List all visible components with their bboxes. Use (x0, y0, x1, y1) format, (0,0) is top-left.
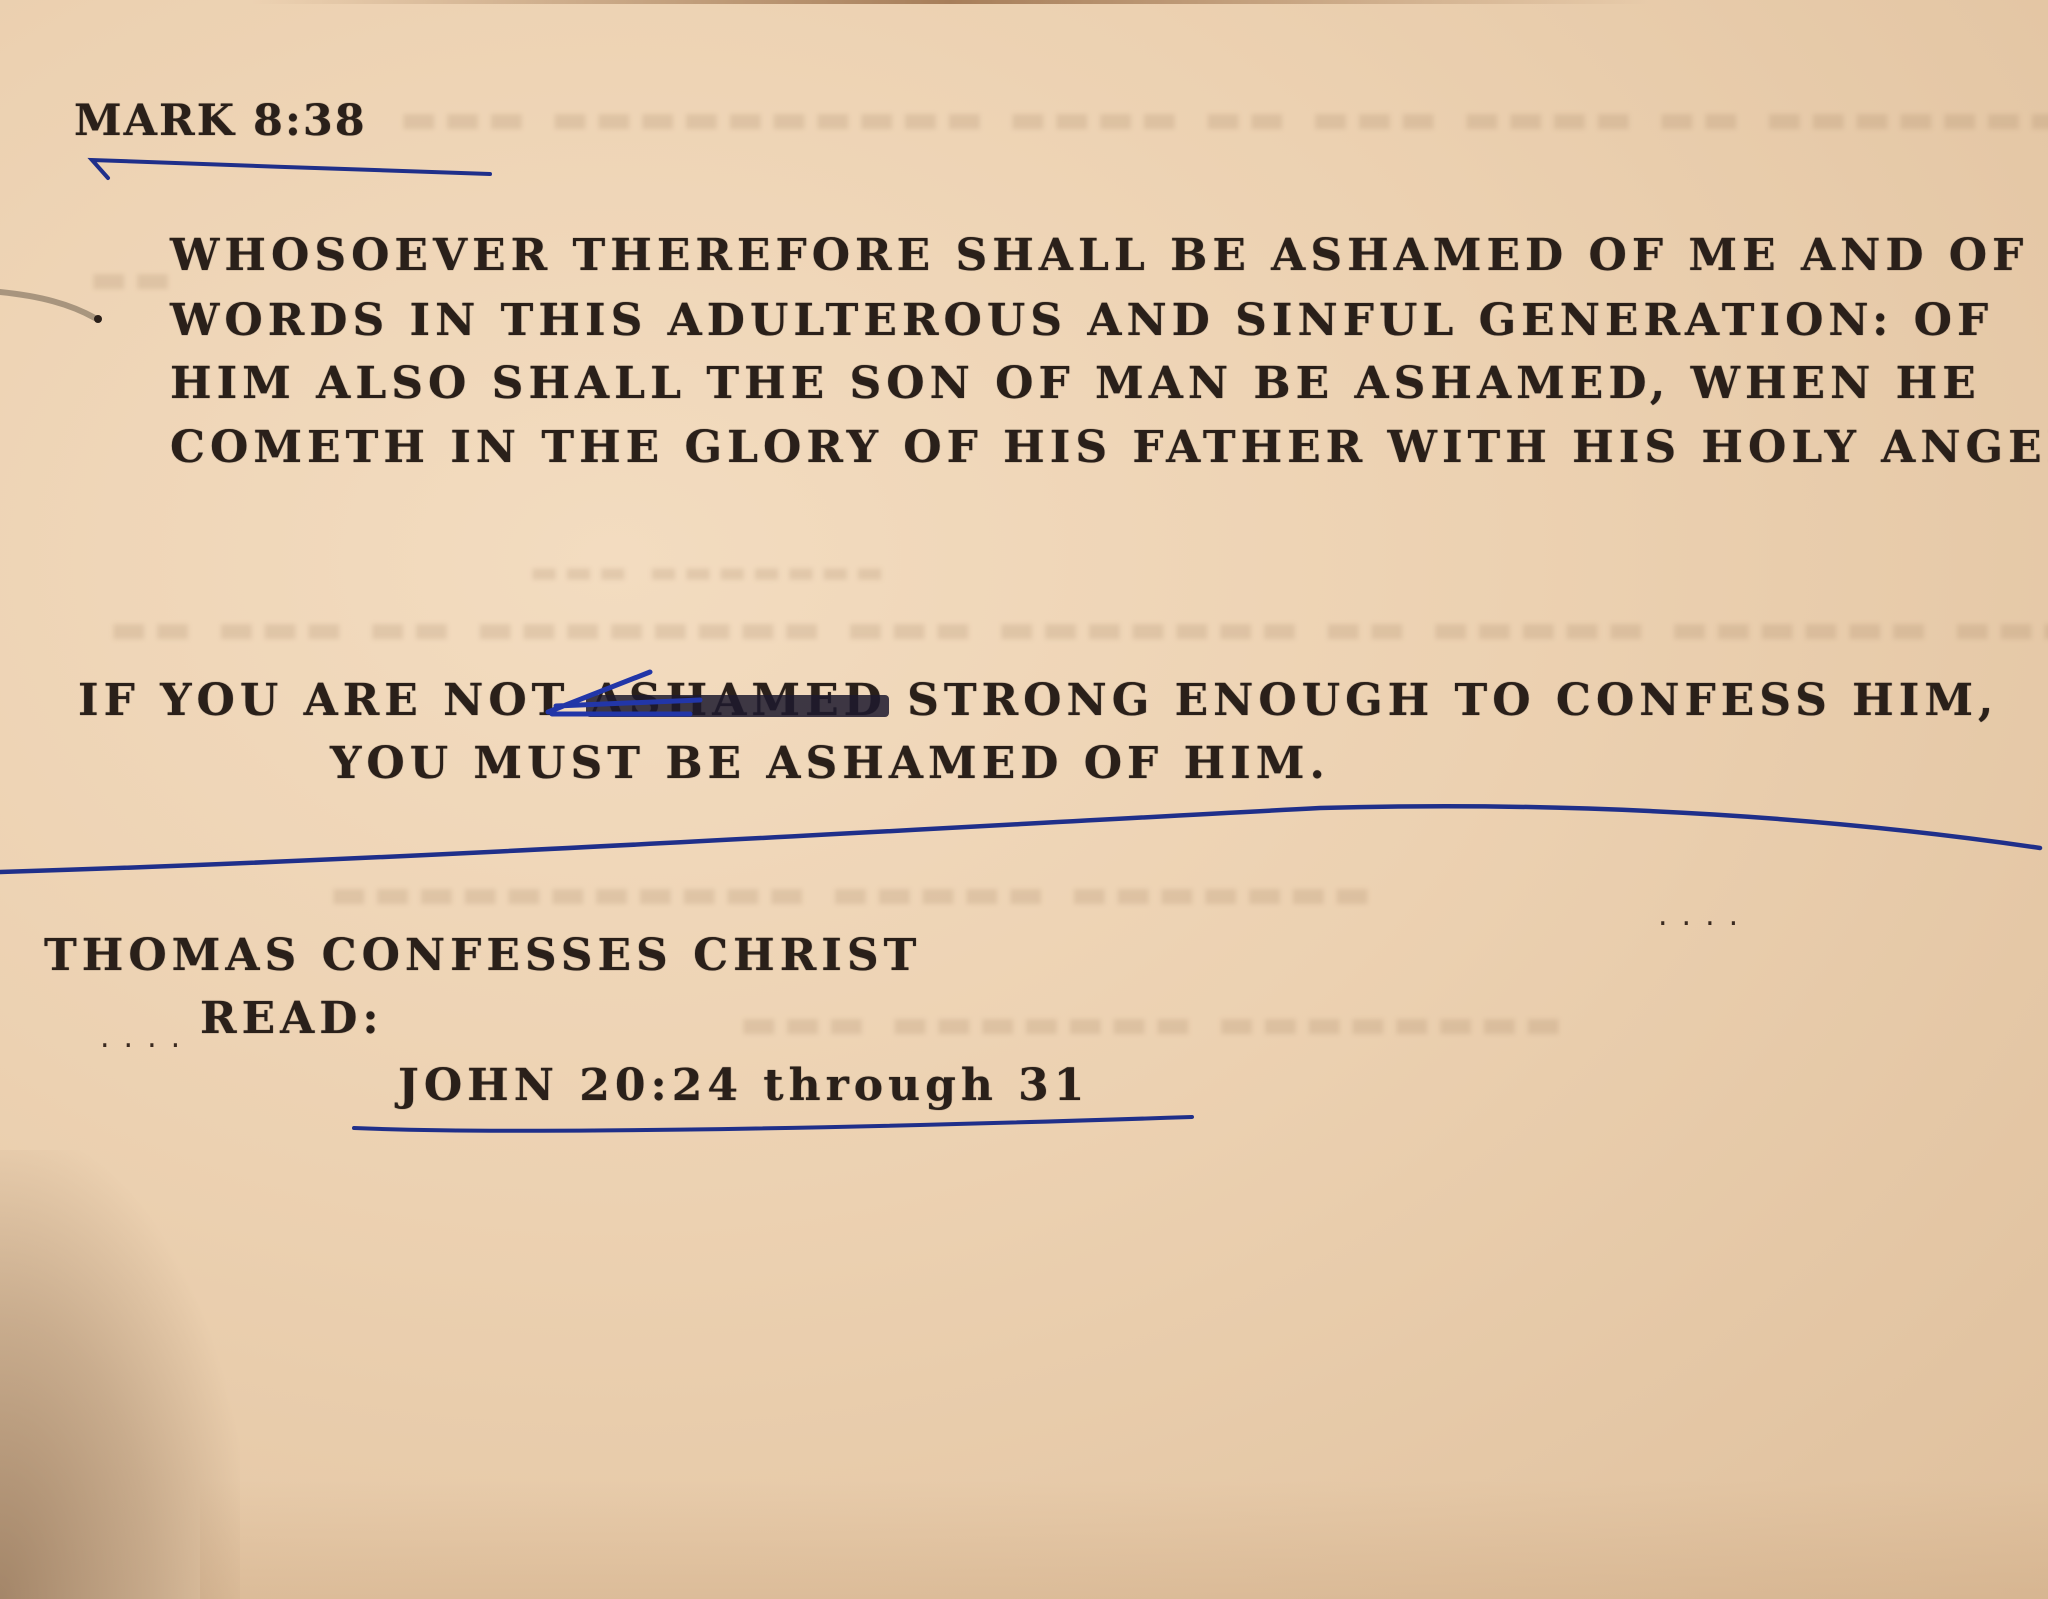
verse-line: WORDS IN THIS ADULTEROUS AND SINFUL GENE… (170, 295, 1993, 346)
divider-pen-line (0, 806, 2040, 872)
verse-line: HIM ALSO SHALL THE SON OF MAN BE ASHAMED… (170, 358, 1981, 409)
bleed-through-text: ▬▬▬ ▬▬▬▬▬▬▬▬▬▬ ▬▬▬▬ ▬▬ ▬▬▬ ▬▬▬▬ ▬▬ ▬▬▬▬▬… (400, 95, 2048, 142)
pencil-mark (0, 292, 95, 318)
statement-line-2: YOU MUST BE ASHAMED OF HIM. (330, 738, 1330, 789)
scripture-reference-heading: MARK 8:38 (74, 96, 367, 146)
arrow-underline-icon (92, 160, 490, 178)
page-bottom-shade (200, 1480, 2048, 1599)
section-title: THOMAS CONFESSES CHRIST (44, 930, 921, 981)
margin-dots: .... (1658, 898, 1752, 933)
bleed-through-text: ▬▬ (90, 255, 178, 302)
struck-out-word: ASHAMED (590, 675, 887, 726)
bleed-through-text: ▬▬▬ ▬▬▬▬▬▬▬ ▬▬▬▬▬▬▬▬ (740, 1000, 1568, 1047)
verse-line: COMETH IN THE GLORY OF HIS FATHER WITH H… (170, 422, 2048, 473)
paper-top-edge (250, 0, 1650, 4)
bleed-through-text: ▬▬▬ ▬▬▬▬▬▬▬ (530, 555, 890, 590)
reference-underline (354, 1117, 1192, 1131)
typed-page: ▬▬▬ ▬▬▬▬▬▬▬▬▬▬ ▬▬▬▬ ▬▬ ▬▬▬ ▬▬▬▬ ▬▬ ▬▬▬▬▬… (0, 0, 2048, 1599)
scripture-reference: JOHN 20:24 through 31 (398, 1060, 1089, 1111)
statement-line-1: IF YOU ARE NOT ASHAMED STRONG ENOUGH TO … (78, 675, 1998, 726)
read-label: READ: (200, 993, 384, 1044)
bleed-through-text: ▬▬▬▬▬▬▬▬▬▬▬ ▬▬▬▬▬ ▬▬▬▬▬▬▬ (330, 870, 1377, 917)
bleed-through-text: ▬▬ ▬▬▬ ▬▬ ▬▬▬▬▬▬▬▬ ▬▬▬ ▬▬▬▬▬▬▬ ▬▬ ▬▬▬▬▬ … (110, 605, 2048, 652)
pencil-dot (94, 315, 102, 323)
verse-line: WHOSOEVER THEREFORE SHALL BE ASHAMED OF … (170, 230, 2048, 281)
statement-text-before: IF YOU ARE NOT (78, 675, 590, 726)
statement-text-after: STRONG ENOUGH TO CONFESS HIM, (887, 675, 1999, 726)
read-dots: .... (100, 1020, 194, 1055)
